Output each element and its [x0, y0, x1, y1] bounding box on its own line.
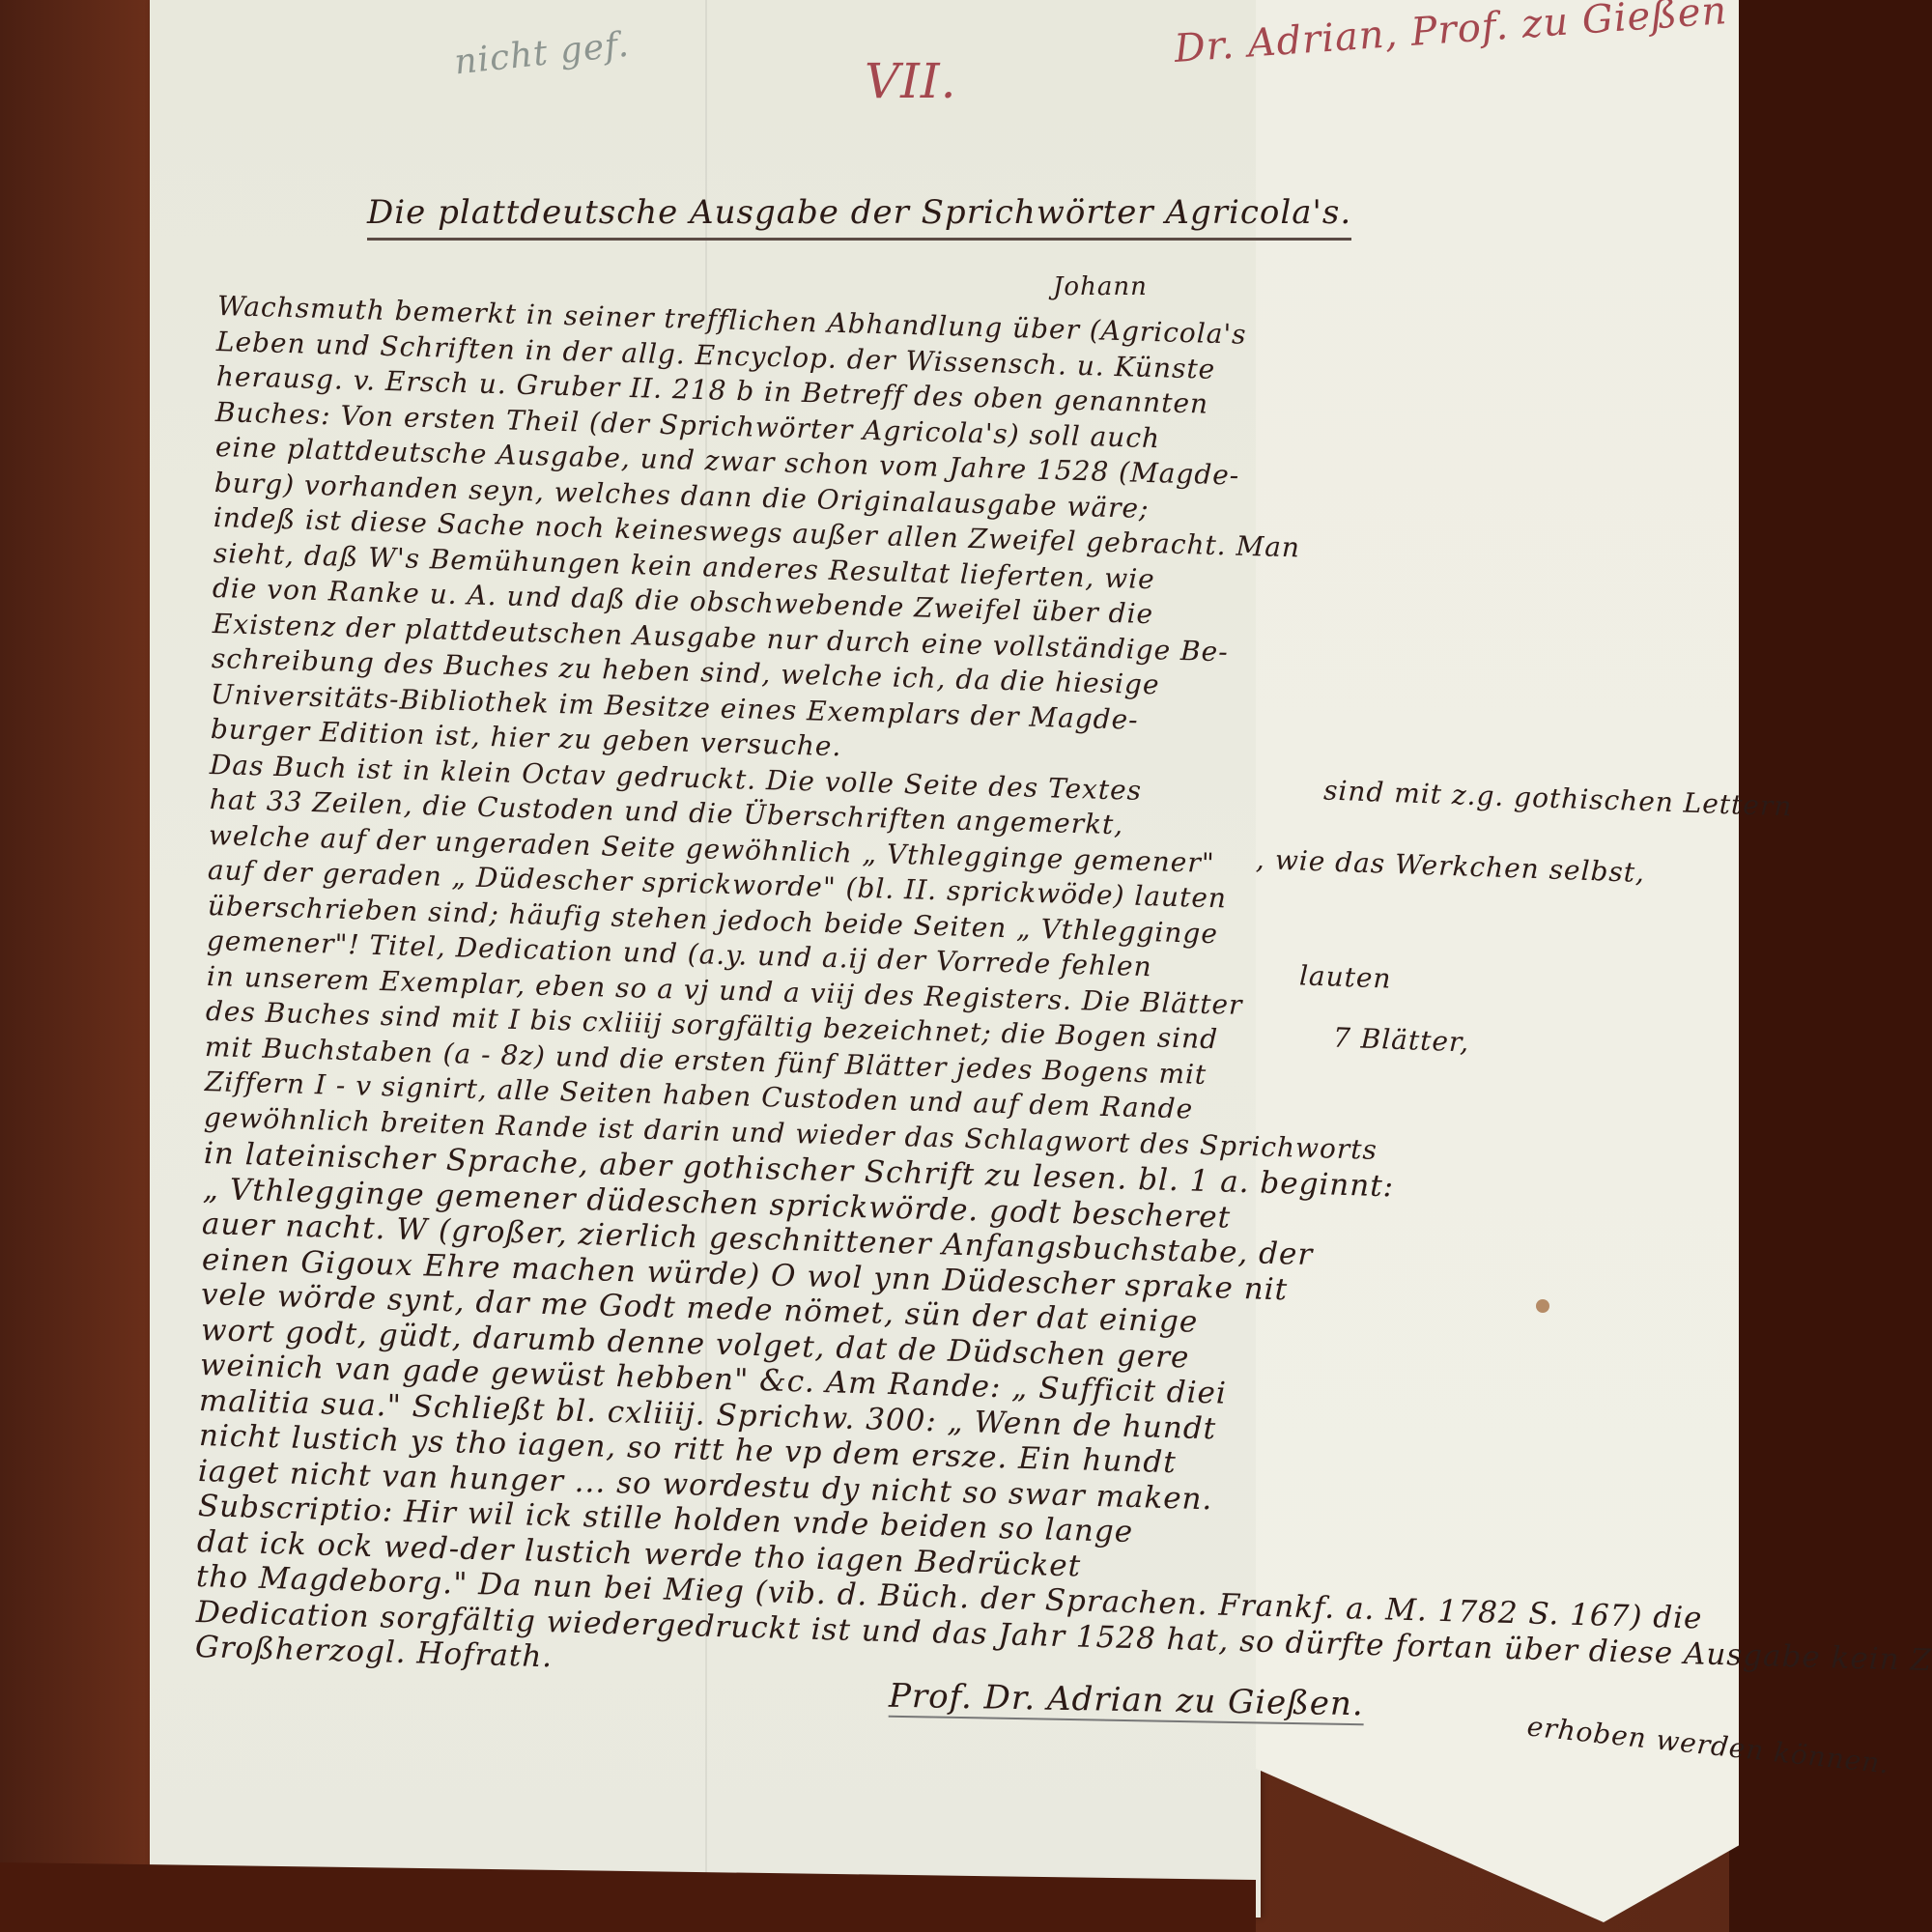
insertion-johann: Johann: [1053, 272, 1148, 301]
margin-note: lauten: [1298, 959, 1392, 994]
document-title: Die plattdeutsche Ausgabe der Sprichwört…: [367, 193, 1351, 241]
paper-stain: [1536, 1299, 1549, 1313]
margin-note: 7 Blätter,: [1332, 1022, 1469, 1059]
section-number: VII.: [865, 53, 957, 109]
signature: Prof. Dr. Adrian zu Gießen.: [889, 1677, 1364, 1726]
